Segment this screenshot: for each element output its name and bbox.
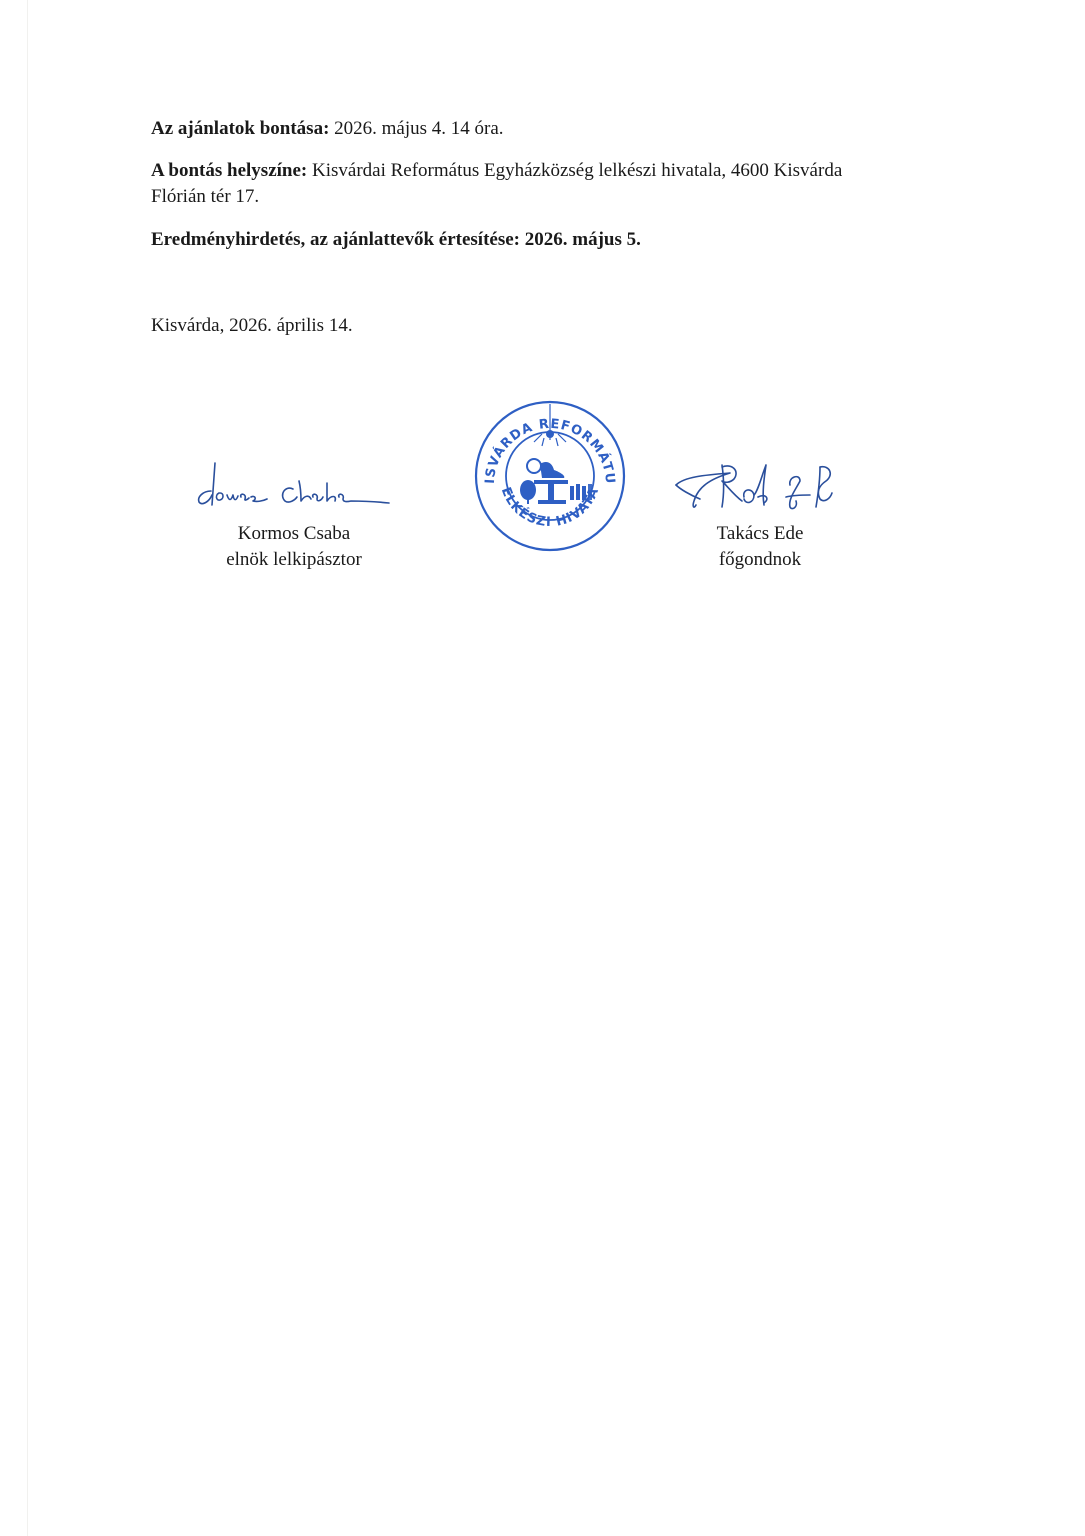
bid-opening-time: Az ajánlatok bontása: 2026. május 4. 14 … <box>151 116 504 142</box>
result-announcement-text: Eredményhirdetés, az ajánlattevők értesí… <box>151 229 641 250</box>
handwritten-signature-icon <box>189 455 399 515</box>
place-date-text: Kisvárda, 2026. április 14. <box>151 315 353 336</box>
place-and-date: Kisvárda, 2026. április 14. <box>151 313 353 339</box>
signature-block-takacs: Takács Ede főgondnok <box>665 455 855 573</box>
signatory-title: főgondnok <box>665 547 855 573</box>
location-value: Kisvárdai Református Egyházközség lelkés… <box>307 160 842 181</box>
bid-opening-label: Az ajánlatok bontása: <box>151 118 329 139</box>
signatory-title: elnök lelkipásztor <box>184 547 404 573</box>
church-seal-icon: KISVÁRDA REFORMÁTUS LELKÉSZI HIVATAL <box>472 398 628 554</box>
scan-edge-line <box>27 0 28 1536</box>
bid-opening-value: 2026. május 4. 14 óra. <box>329 118 503 139</box>
signatory-name: Takács Ede <box>665 521 855 547</box>
location-label: A bontás helyszíne: <box>151 160 307 181</box>
bid-opening-location: A bontás helyszíne: Kisvárdai Református… <box>151 158 842 210</box>
location-value-line2: Flórián tér 17. <box>151 186 259 207</box>
signatory-name: Kormos Csaba <box>184 521 404 547</box>
signature-block-kormos: Kormos Csaba elnök lelkipásztor <box>184 455 404 573</box>
handwritten-signature-icon <box>670 455 850 517</box>
result-announcement: Eredményhirdetés, az ajánlattevők értesí… <box>151 227 641 253</box>
